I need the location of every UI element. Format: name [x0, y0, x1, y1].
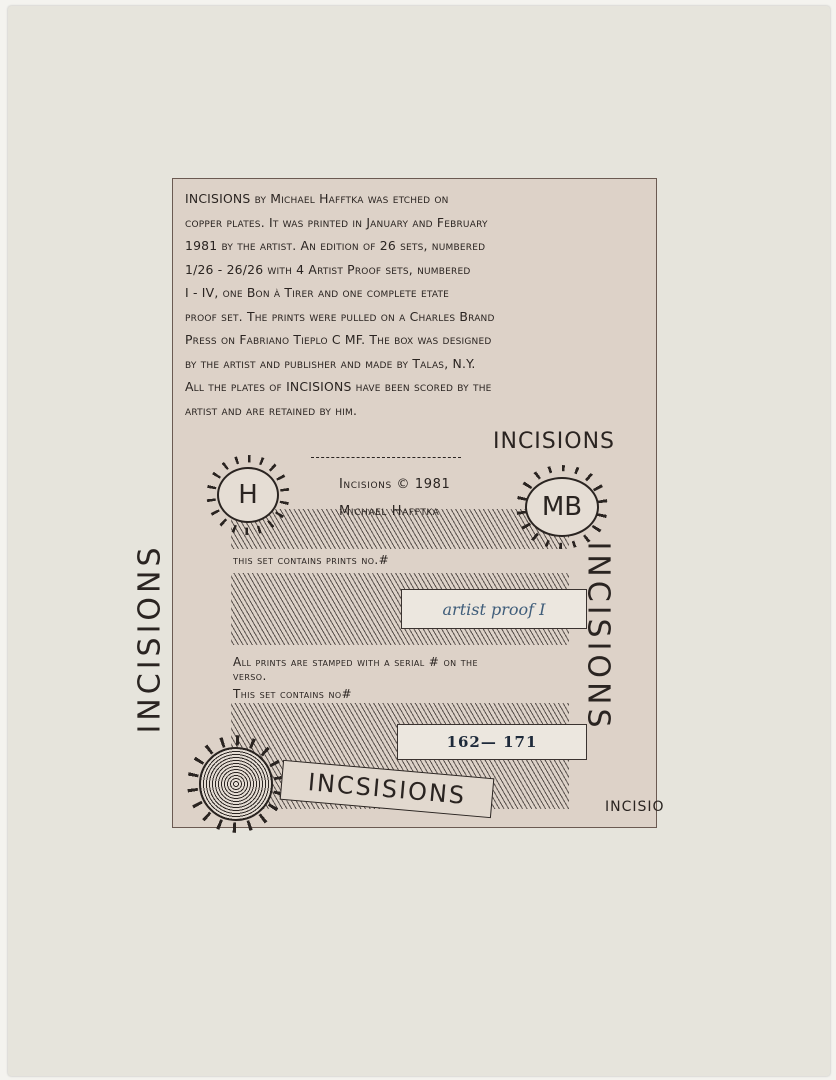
paragraph-line: copper plates. It was printed in January… [185, 211, 650, 235]
left-vertical-word: INCISIONS [133, 543, 168, 733]
serial-note-line1: All prints are stamped with a serial # o… [233, 655, 478, 669]
right-vertical-word: INCISIONS [581, 541, 616, 731]
colophon-paragraph: INCISIONS by Michael Hafftka was etched … [185, 187, 650, 422]
dashed-arrow [311, 457, 461, 458]
paragraph-line: I - IV, one Bon à Tirer and one complete… [185, 281, 650, 305]
paragraph-line: artist and are retained by him. [185, 399, 650, 423]
artist-proof-slip: artist proof I [401, 589, 587, 629]
sun-emblem-spiral [199, 747, 273, 821]
title-line2: Michael Hafftka [339, 504, 439, 519]
paragraph-line: proof set. The prints were pulled on a C… [185, 305, 650, 329]
serial-note-line2: verso. [233, 669, 267, 683]
etched-plate: INCISIONS by Michael Hafftka was etched … [172, 178, 657, 828]
artist-proof-value: artist proof I [443, 600, 546, 619]
number-range-slip: 162— 171 [397, 724, 587, 760]
paragraph-line: Press on Fabriano Tieplo C MF. The box w… [185, 328, 650, 352]
paragraph-line: by the artist and publisher and made by … [185, 352, 650, 376]
sun-emblem-h: H [217, 467, 279, 523]
top-right-word: INCISIONS [493, 429, 615, 454]
paragraph-line: All the plates of INCISIONS have been sc… [185, 375, 650, 399]
paragraph-line: INCISIONS by Michael Hafftka was etched … [185, 187, 650, 211]
set-contains-prints-label: this set contains prints no.# [233, 553, 389, 567]
set-contains-no-label: This set contains no# [233, 687, 352, 701]
paragraph-line: 1981 by the artist. An edition of 26 set… [185, 234, 650, 258]
sun-emblem-mb: MB [525, 477, 599, 537]
corner-word: INCISIO [605, 799, 665, 815]
paragraph-line: 1/26 - 26/26 with 4 Artist Proof sets, n… [185, 258, 650, 282]
number-range-value: 162— 171 [447, 733, 538, 751]
title-line1: Incisions © 1981 [339, 477, 450, 492]
